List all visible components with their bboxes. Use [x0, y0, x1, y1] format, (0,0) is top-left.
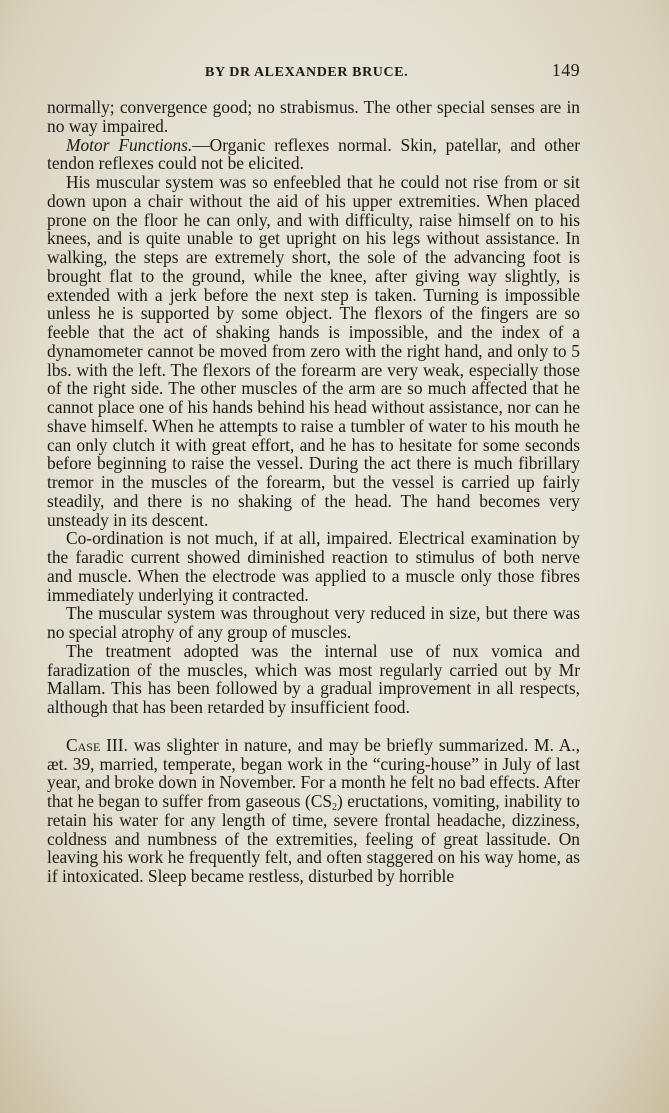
section-lead-italic: Motor Functions.	[66, 135, 192, 155]
paragraph-continuation: normally; convergence good; no strabismu…	[47, 98, 580, 136]
paragraph-atrophy: The muscular system was throughout very …	[47, 604, 580, 642]
running-title: BY DR ALEXANDER BRUCE.	[205, 65, 408, 81]
paragraph-case-iii: Case III. was slighter in nature, and ma…	[47, 736, 580, 886]
paragraph-text: His muscular system was so enfeebled tha…	[47, 172, 580, 530]
paragraph-motor-functions: Motor Functions.—Organic reflexes normal…	[47, 136, 580, 174]
paragraph-text: The treatment adopted was the internal u…	[47, 641, 580, 717]
paragraph-muscular-system: His muscular system was so enfeebled tha…	[47, 173, 580, 529]
paragraph-coordination: Co-ordination is not much, if at all, im…	[47, 529, 580, 604]
paragraph-text: Co-ordination is not much, if at all, im…	[47, 528, 580, 604]
book-page: BY DR ALEXANDER BRUCE. 149 normally; con…	[47, 60, 580, 886]
page-number: 149	[552, 60, 580, 81]
body-text: normally; convergence good; no strabismu…	[47, 98, 580, 886]
case-label: Case	[66, 735, 100, 755]
running-head: BY DR ALEXANDER BRUCE. 149	[47, 60, 580, 84]
paragraph-text: The muscular system was throughout very …	[47, 603, 580, 642]
paragraph-treatment: The treatment adopted was the internal u…	[47, 642, 580, 717]
paragraph-text: normally; convergence good; no strabismu…	[47, 97, 580, 136]
